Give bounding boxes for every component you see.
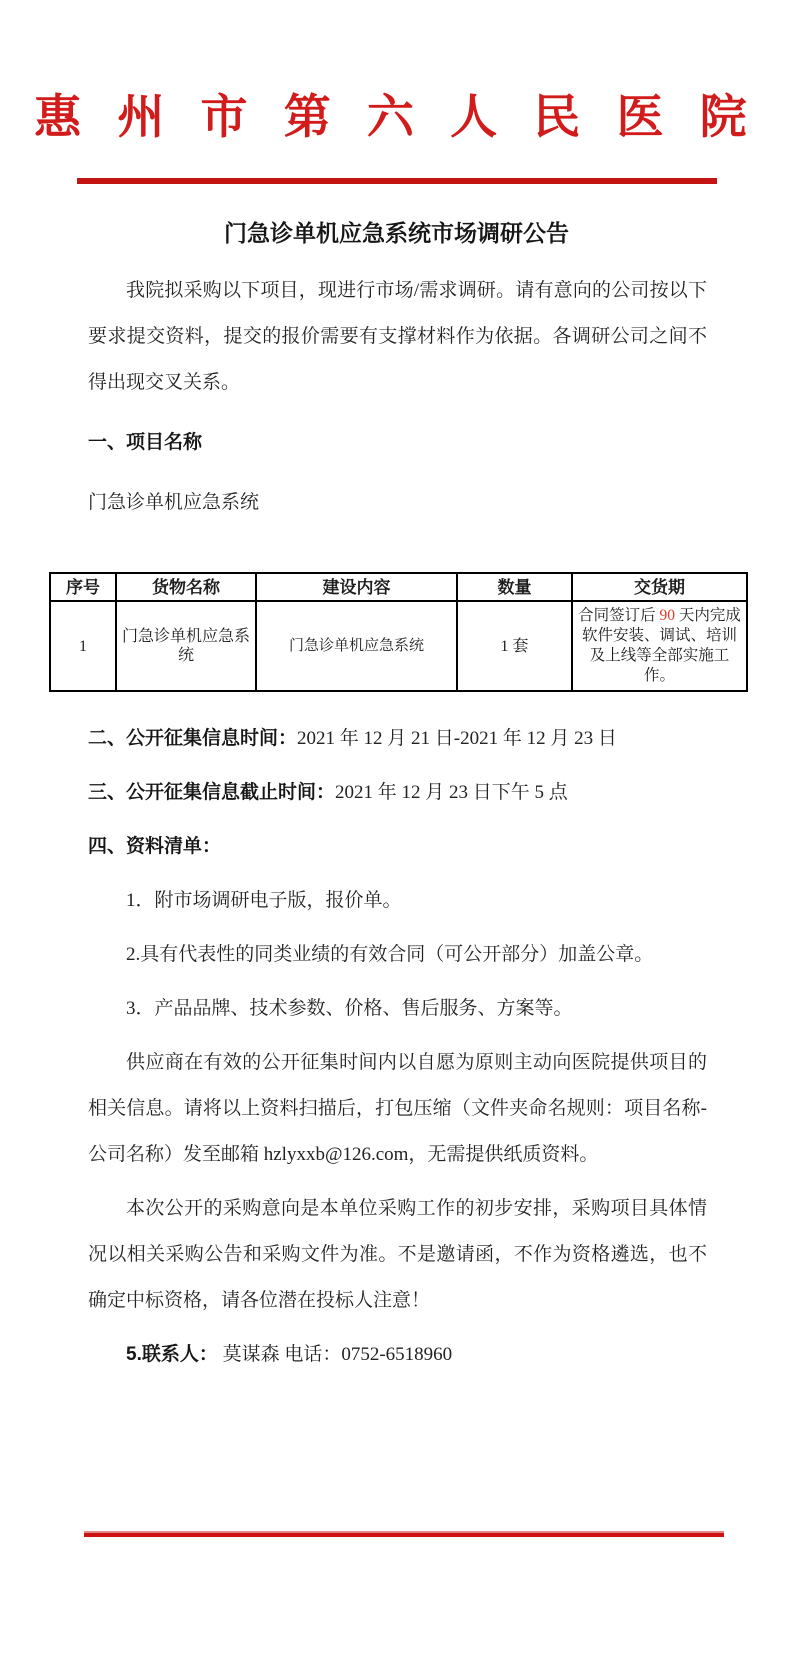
document-body: 我院拟采购以下项目，现进行市场/需求调研。请有意向的公司按以下要求提交资料，提交… [88,268,707,526]
section-one-heading: 一、项目名称 [88,420,707,466]
section-three-label: 三、公开征集信息截止时间： [88,782,335,803]
col-header-content: 建设内容 [256,573,457,601]
document-body-lower: 二、公开征集信息时间：2021 年 12 月 21 日-2021 年 12 月 … [88,716,707,1378]
supplier-paragraph: 供应商在有效的公开征集时间内以自愿为原则主动向医院提供项目的相关信息。请将以上资… [88,1040,707,1178]
goods-table: 序号 货物名称 建设内容 数量 交货期 1 门急诊单机应急系统 门急诊单机应急系… [49,572,748,692]
cell-content: 门急诊单机应急系统 [256,601,457,691]
letterhead-divider [77,178,717,184]
section-four-heading: 四、资料清单： [88,824,707,870]
letterhead-hospital-name: 惠 州 市 第 六 人 民 医 院 [0,0,793,148]
document-title: 门急诊单机应急系统市场调研公告 [0,218,793,248]
materials-item-2: 2.具有代表性的同类业绩的有效合同（可公开部分）加盖公章。 [88,932,707,978]
cell-delivery: 合同签订后 90 天内完成软件安装、调试、培训及上线等全部实施工作。 [572,601,747,691]
notice-paragraph: 本次公开的采购意向是本单位采购工作的初步安排，采购项目具体情况以相关采购公告和采… [88,1186,707,1324]
col-header-qty: 数量 [457,573,572,601]
delivery-days-highlight: 90 [660,607,676,624]
cell-goods-name: 门急诊单机应急系统 [116,601,256,691]
document-page: 惠 州 市 第 六 人 民 医 院 门急诊单机应急系统市场调研公告 我院拟采购以… [0,0,793,1675]
intro-paragraph: 我院拟采购以下项目，现进行市场/需求调研。请有意向的公司按以下要求提交资料，提交… [88,268,707,406]
col-header-seq: 序号 [50,573,116,601]
goods-table-header-row: 序号 货物名称 建设内容 数量 交货期 [50,573,747,601]
table-row: 1 门急诊单机应急系统 门急诊单机应急系统 1 套 合同签订后 90 天内完成软… [50,601,747,691]
contact-value: 莫谋森 电话：0752-6518960 [223,1344,453,1365]
section-one-body: 门急诊单机应急系统 [88,480,707,526]
cell-qty: 1 套 [457,601,572,691]
section-two-line: 二、公开征集信息时间：2021 年 12 月 21 日-2021 年 12 月 … [88,716,707,762]
goods-table-wrap: 序号 货物名称 建设内容 数量 交货期 1 门急诊单机应急系统 门急诊单机应急系… [49,572,793,692]
cell-seq: 1 [50,601,116,691]
contact-line: 5.联系人： 莫谋森 电话：0752-6518960 [88,1332,707,1378]
delivery-text-prefix: 合同签订后 [578,607,659,624]
contact-label: 5.联系人： [126,1344,218,1365]
materials-item-1: 1．附市场调研电子版，报价单。 [88,878,707,924]
section-three-line: 三、公开征集信息截止时间：2021 年 12 月 23 日下午 5 点 [88,770,707,816]
col-header-delivery: 交货期 [572,573,747,601]
footer-divider-dark-line [84,1533,724,1537]
col-header-goods-name: 货物名称 [116,573,256,601]
materials-item-3: 3．产品品牌、技术参数、价格、售后服务、方案等。 [88,986,707,1032]
section-two-label: 二、公开征集信息时间： [88,728,297,749]
section-three-value: 2021 年 12 月 23 日下午 5 点 [335,782,568,803]
footer-divider [84,1531,724,1537]
section-two-value: 2021 年 12 月 21 日-2021 年 12 月 23 日 [297,728,617,749]
